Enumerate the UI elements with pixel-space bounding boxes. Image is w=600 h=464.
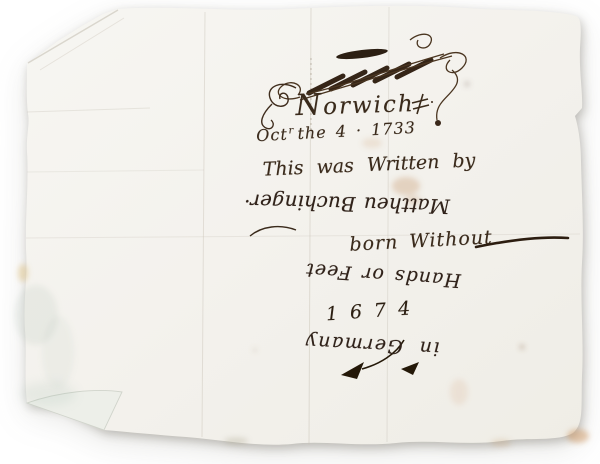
- photograph-background: Norwich Octrthe 4 · 1733 This was Writte…: [0, 0, 600, 464]
- paper-sheet-graphic: [0, 0, 600, 464]
- paper-outline: [25, 6, 583, 445]
- date-superscript: r: [288, 125, 294, 136]
- place-line: Norwich: [293, 84, 416, 122]
- paper: [20, 6, 583, 445]
- date-prefix: Oct: [256, 125, 288, 146]
